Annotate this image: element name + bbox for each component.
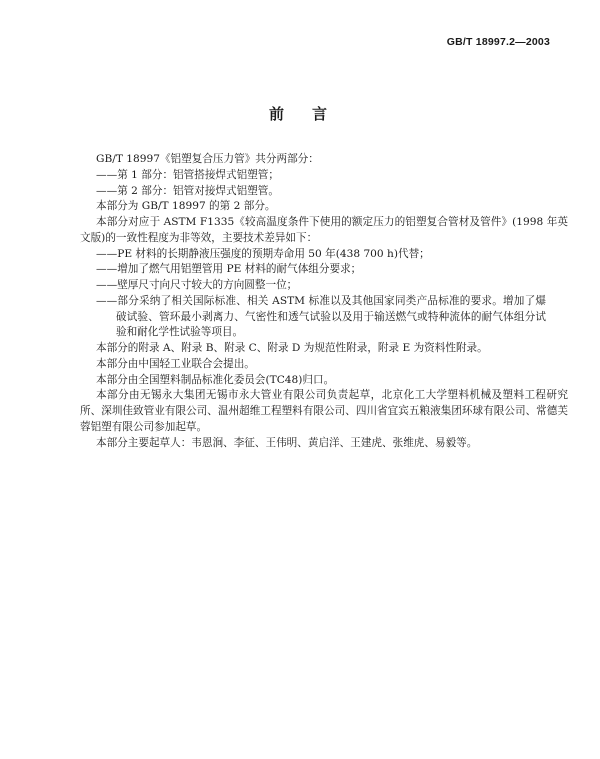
paragraph-drafters: 本部分主要起草人：韦恩涧、李征、王伟明、黄启洋、王建虎、张维虎、易毅等。 — [80, 436, 546, 452]
paragraph-intro: GB/T 18997《铝塑复合压力管》共分两部分： — [80, 152, 546, 168]
list-item-pe-lifetime: ——PE 材料的长期静液压强度的预期寿命用 50 年(438 700 h)代替； — [80, 247, 546, 263]
standard-number: GB/T 18997.2—2003 — [447, 36, 550, 48]
paragraph-astm-correspondence: 本部分对应于 ASTM F1335《较高温度条件下使用的额定压力的铝塑复合管材及… — [58, 215, 568, 247]
paragraph-drafting-organizations: 本部分由无锡永大集团无锡市永大管业有限公司负责起草，北京化工大学塑料机械及塑料工… — [58, 388, 568, 435]
list-item-gas-resistance: ——增加了燃气用铝塑管用 PE 材料的耐气体组分要求； — [80, 262, 546, 278]
list-item-wall-thickness: ——壁厚尺寸向尺寸较大的方向圆整一位； — [80, 278, 546, 294]
list-item-part-2: ——第 2 部分：铝管对接焊式铝塑管。 — [80, 184, 546, 200]
paragraph-annexes: 本部分的附录 A、附录 B、附录 C、附录 D 为规范性附录，附录 E 为资料性… — [80, 341, 546, 357]
list-item-part-1: ——第 1 部分：铝管搭接焊式铝塑管； — [80, 168, 546, 184]
paragraph-centralized-by: 本部分由全国塑料制品标准化委员会(TC48)归口。 — [80, 373, 546, 389]
page-title: 前言 — [0, 103, 600, 124]
document-body: GB/T 18997《铝塑复合压力管》共分两部分： ——第 1 部分：铝管搭接焊… — [80, 152, 546, 451]
paragraph-proposed-by: 本部分由中国轻工业联合会提出。 — [80, 357, 546, 373]
paragraph-this-part: 本部分为 GB/T 18997 的第 2 部分。 — [80, 199, 546, 215]
list-item-adopted-standards: ——部分采纳了相关国际标准、相关 ASTM 标准以及其他国家同类产品标准的要求。… — [80, 294, 546, 341]
